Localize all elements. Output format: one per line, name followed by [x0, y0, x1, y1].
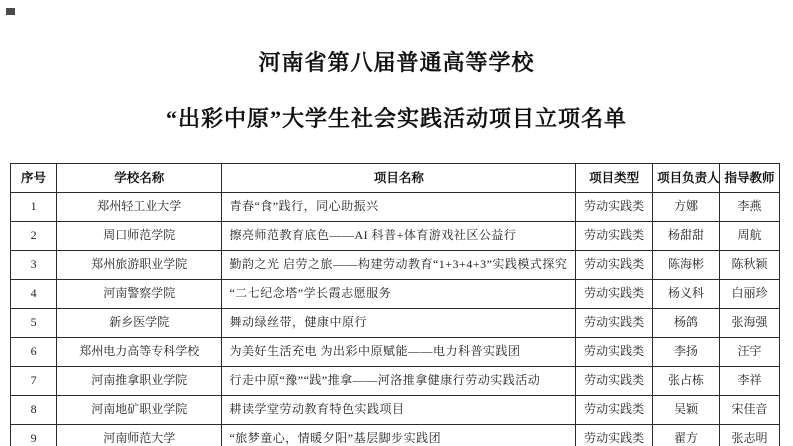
cell-no: 4 — [11, 280, 57, 309]
cell-type: 劳动实践类 — [576, 338, 653, 367]
column-header-type: 项目类型 — [576, 164, 653, 193]
cell-leader: 陈海彬 — [653, 251, 720, 280]
table-row: 2周口师范学院擦亮师范教育底色——AI 科普+体育游戏社区公益行劳动实践类杨甜甜… — [11, 222, 780, 251]
cell-type: 劳动实践类 — [576, 425, 653, 446]
cell-school: 新乡医学院 — [57, 309, 222, 338]
cell-teacher: 周航 — [719, 222, 779, 251]
cell-teacher: 陈秋颖 — [719, 251, 779, 280]
cell-school: 郑州轻工业大学 — [57, 193, 222, 222]
cell-leader: 翟方 — [653, 425, 720, 446]
cell-no: 3 — [11, 251, 57, 280]
cell-no: 9 — [11, 425, 57, 446]
cell-project: 为美好生活充电 为出彩中原赋能——电力科普实践团 — [222, 338, 576, 367]
table-row: 1郑州轻工业大学青春“食”践行，同心助振兴劳动实践类方娜李燕 — [11, 193, 780, 222]
cell-project: “二七纪念塔”学长霞志愿服务 — [222, 280, 576, 309]
cell-no: 8 — [11, 396, 57, 425]
cell-teacher: 张海强 — [719, 309, 779, 338]
cell-school: 河南警察学院 — [57, 280, 222, 309]
cell-type: 劳动实践类 — [576, 396, 653, 425]
cell-type: 劳动实践类 — [576, 280, 653, 309]
cell-school: 郑州电力高等专科学校 — [57, 338, 222, 367]
title-line-2: “出彩中原”大学生社会实践活动项目立项名单 — [0, 108, 793, 130]
cell-leader: 杨鸽 — [653, 309, 720, 338]
column-header-no: 序号 — [11, 164, 57, 193]
cell-project: 勤韵之光 启劳之旅——构建劳动教育“1+3+4+3”实践模式探究 — [222, 251, 576, 280]
cell-school: 郑州旅游职业学院 — [57, 251, 222, 280]
cell-leader: 吴颖 — [653, 396, 720, 425]
table-row: 6郑州电力高等专科学校为美好生活充电 为出彩中原赋能——电力科普实践团劳动实践类… — [11, 338, 780, 367]
cell-project: 擦亮师范教育底色——AI 科普+体育游戏社区公益行 — [222, 222, 576, 251]
cell-no: 2 — [11, 222, 57, 251]
cell-teacher: 张志明 — [719, 425, 779, 446]
document-title: 河南省第八届普通高等学校 “出彩中原”大学生社会实践活动项目立项名单 — [0, 52, 793, 130]
cell-school: 河南师范大学 — [57, 425, 222, 446]
cell-leader: 杨义科 — [653, 280, 720, 309]
title-line-1: 河南省第八届普通高等学校 — [0, 52, 793, 74]
table-row: 3郑州旅游职业学院勤韵之光 启劳之旅——构建劳动教育“1+3+4+3”实践模式探… — [11, 251, 780, 280]
cell-type: 劳动实践类 — [576, 367, 653, 396]
table-row: 9河南师范大学“旅梦童心，情暖夕阳”基层脚步实践团劳动实践类翟方张志明 — [11, 425, 780, 446]
cell-no: 7 — [11, 367, 57, 396]
cell-school: 周口师范学院 — [57, 222, 222, 251]
cell-leader: 方娜 — [653, 193, 720, 222]
cell-project: 行走中原“豫”“践”推拿——河洛推拿健康行劳动实践活动 — [222, 367, 576, 396]
table-row: 7河南推拿职业学院行走中原“豫”“践”推拿——河洛推拿健康行劳动实践活动劳动实践… — [11, 367, 780, 396]
cell-school: 河南地矿职业学院 — [57, 396, 222, 425]
column-header-teacher: 指导教师 — [719, 164, 779, 193]
column-header-project: 项目名称 — [222, 164, 576, 193]
cell-no: 1 — [11, 193, 57, 222]
cell-no: 5 — [11, 309, 57, 338]
column-header-school: 学校名称 — [57, 164, 222, 193]
document-page: 河南省第八届普通高等学校 “出彩中原”大学生社会实践活动项目立项名单 序号学校名… — [0, 0, 793, 446]
cell-no: 6 — [11, 338, 57, 367]
column-header-leader: 项目负责人 — [653, 164, 720, 193]
cell-project: 耕读学堂劳动教育特色实践项目 — [222, 396, 576, 425]
table-row: 4河南警察学院“二七纪念塔”学长霞志愿服务劳动实践类杨义科白丽珍 — [11, 280, 780, 309]
table-row: 5新乡医学院舞动绿丝带，健康中原行劳动实践类杨鸽张海强 — [11, 309, 780, 338]
project-list-table: 序号学校名称项目名称项目类型项目负责人指导教师 1郑州轻工业大学青春“食”践行，… — [10, 163, 780, 446]
cell-type: 劳动实践类 — [576, 309, 653, 338]
cell-teacher: 李祥 — [719, 367, 779, 396]
cell-type: 劳动实践类 — [576, 251, 653, 280]
scan-artifact-mark — [6, 8, 15, 15]
cell-school: 河南推拿职业学院 — [57, 367, 222, 396]
cell-teacher: 宋佳音 — [719, 396, 779, 425]
cell-project: “旅梦童心，情暖夕阳”基层脚步实践团 — [222, 425, 576, 446]
cell-teacher: 汪宇 — [719, 338, 779, 367]
cell-leader: 张占栋 — [653, 367, 720, 396]
cell-leader: 李扬 — [653, 338, 720, 367]
cell-teacher: 李燕 — [719, 193, 779, 222]
cell-project: 青春“食”践行，同心助振兴 — [222, 193, 576, 222]
cell-teacher: 白丽珍 — [719, 280, 779, 309]
table-row: 8河南地矿职业学院耕读学堂劳动教育特色实践项目劳动实践类吴颖宋佳音 — [11, 396, 780, 425]
cell-leader: 杨甜甜 — [653, 222, 720, 251]
cell-project: 舞动绿丝带，健康中原行 — [222, 309, 576, 338]
table-header-row: 序号学校名称项目名称项目类型项目负责人指导教师 — [11, 164, 780, 193]
cell-type: 劳动实践类 — [576, 193, 653, 222]
cell-type: 劳动实践类 — [576, 222, 653, 251]
